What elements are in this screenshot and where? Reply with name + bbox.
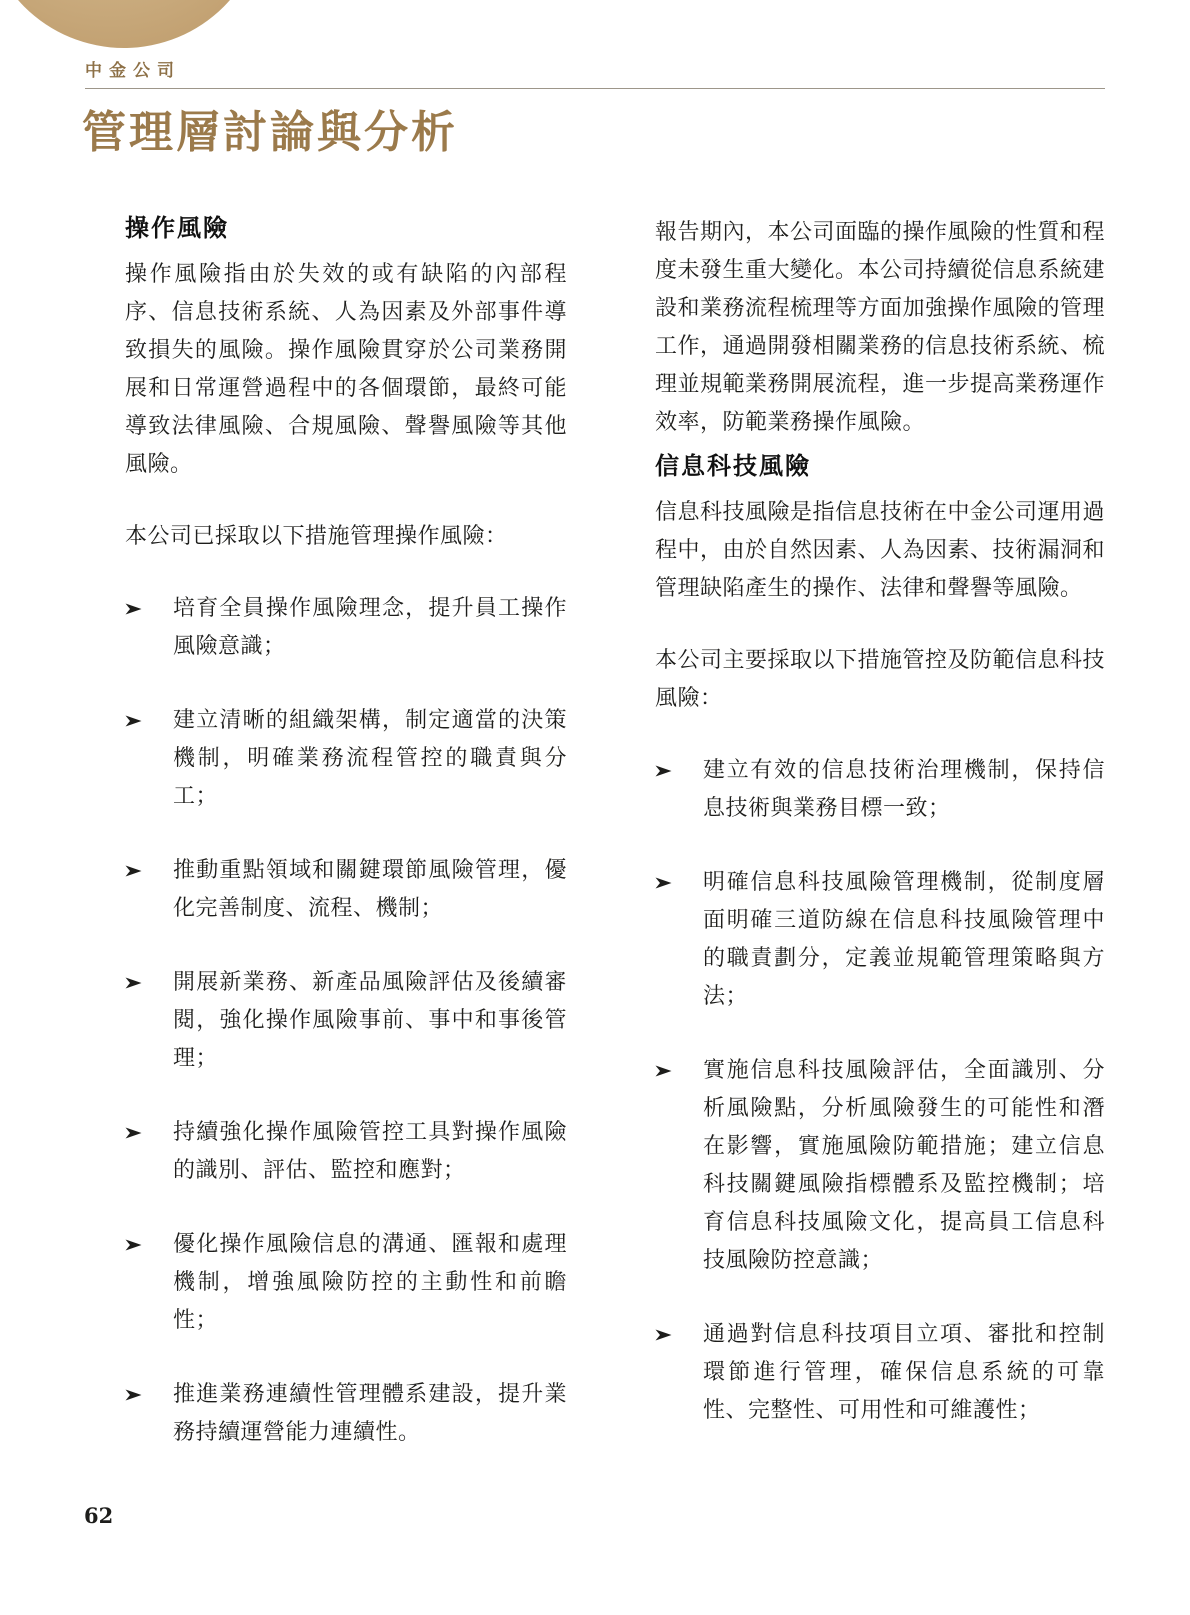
list-item: 實施信息科技風險評估，全面識別、分析風險點，分析風險發生的可能性和潛在影響，實施… bbox=[655, 1052, 1105, 1280]
two-column-body: 操作風險 操作風險指由於失效的或有缺陷的內部程序、信息技術系統、人為因素及外部事… bbox=[125, 214, 1105, 1452]
brand-name: 中金公司 bbox=[85, 56, 181, 81]
list-item: 培育全員操作風險理念，提升員工操作風險意識； bbox=[125, 590, 567, 666]
arrow-bullet-icon bbox=[125, 590, 173, 615]
list-item-text: 開展新業務、新產品風險評估及後續審閱，強化操作風險事前、事中和事後管理； bbox=[173, 964, 567, 1078]
list-item-text: 建立清晰的組織架構，制定適當的決策機制，明確業務流程管控的職責與分工； bbox=[173, 702, 567, 816]
arrow-bullet-icon bbox=[655, 752, 703, 777]
list-item: 建立有效的信息技術治理機制，保持信息技術與業務目標一致； bbox=[655, 752, 1105, 828]
report-period-paragraph: 報告期內，本公司面臨的操作風險的性質和程度未發生重大變化。本公司持續從信息系統建… bbox=[655, 214, 1105, 442]
arrow-bullet-icon bbox=[125, 1226, 173, 1251]
arrow-bullet-icon bbox=[655, 864, 703, 889]
list-item-text: 培育全員操作風險理念，提升員工操作風險意識； bbox=[173, 590, 567, 666]
left-column: 操作風險 操作風險指由於失效的或有缺陷的內部程序、信息技術系統、人為因素及外部事… bbox=[125, 214, 567, 1452]
page-number: 62 bbox=[84, 1503, 113, 1528]
list-item-text: 建立有效的信息技術治理機制，保持信息技術與業務目標一致； bbox=[703, 752, 1105, 828]
it-risk-definition: 信息科技風險是指信息技術在中金公司運用過程中，由於自然因素、人為因素、技術漏洞和… bbox=[655, 494, 1105, 608]
list-item-text: 實施信息科技風險評估，全面識別、分析風險點，分析風險發生的可能性和潛在影響，實施… bbox=[703, 1052, 1105, 1280]
operational-risk-measures-list: 培育全員操作風險理念，提升員工操作風險意識； 建立清晰的組織架構，制定適當的決策… bbox=[125, 590, 567, 1452]
list-item-text: 持續強化操作風險管控工具對操作風險的識別、評估、監控和應對； bbox=[173, 1114, 567, 1190]
arrow-bullet-icon bbox=[655, 1316, 703, 1341]
arrow-bullet-icon bbox=[125, 852, 173, 877]
list-item: 持續強化操作風險管控工具對操作風險的識別、評估、監控和應對； bbox=[125, 1114, 567, 1190]
list-item-text: 優化操作風險信息的溝通、匯報和處理機制，增強風險防控的主動性和前瞻性； bbox=[173, 1226, 567, 1340]
it-risk-measures-lead: 本公司主要採取以下措施管控及防範信息科技風險： bbox=[655, 642, 1105, 718]
page-title: 管理層討論與分析 bbox=[82, 96, 458, 160]
section-heading-operational-risk: 操作風險 bbox=[125, 214, 567, 242]
arrow-bullet-icon bbox=[655, 1052, 703, 1077]
report-page: 中金公司 管理層討論與分析 操作風險 操作風險指由於失效的或有缺陷的內部程序、信… bbox=[0, 0, 1190, 1615]
list-item: 明確信息科技風險管理機制，從制度層面明確三道防線在信息科技風險管理中的職責劃分，… bbox=[655, 864, 1105, 1016]
list-item-text: 明確信息科技風險管理機制，從制度層面明確三道防線在信息科技風險管理中的職責劃分，… bbox=[703, 864, 1105, 1016]
arrow-bullet-icon bbox=[125, 702, 173, 727]
it-risk-measures-list: 建立有效的信息技術治理機制，保持信息技術與業務目標一致； 明確信息科技風險管理機… bbox=[655, 752, 1105, 1430]
header-divider bbox=[85, 88, 1105, 89]
right-column: 報告期內，本公司面臨的操作風險的性質和程度未發生重大變化。本公司持續從信息系統建… bbox=[655, 214, 1105, 1452]
list-item: 優化操作風險信息的溝通、匯報和處理機制，增強風險防控的主動性和前瞻性； bbox=[125, 1226, 567, 1340]
list-item-text: 推動重點領域和關鍵環節風險管理，優化完善制度、流程、機制； bbox=[173, 852, 567, 928]
list-item: 通過對信息科技項目立項、審批和控制環節進行管理，確保信息系統的可靠性、完整性、可… bbox=[655, 1316, 1105, 1430]
operational-risk-definition: 操作風險指由於失效的或有缺陷的內部程序、信息技術系統、人為因素及外部事件導致損失… bbox=[125, 256, 567, 484]
arrow-bullet-icon bbox=[125, 1376, 173, 1401]
brand-circle-logo bbox=[0, 0, 265, 48]
operational-risk-measures-lead: 本公司已採取以下措施管理操作風險： bbox=[125, 518, 567, 556]
list-item-text: 通過對信息科技項目立項、審批和控制環節進行管理，確保信息系統的可靠性、完整性、可… bbox=[703, 1316, 1105, 1430]
list-item: 推進業務連續性管理體系建設，提升業務持續運營能力連續性。 bbox=[125, 1376, 567, 1452]
section-heading-it-risk: 信息科技風險 bbox=[655, 452, 1105, 480]
arrow-bullet-icon bbox=[125, 964, 173, 989]
list-item: 開展新業務、新產品風險評估及後續審閱，強化操作風險事前、事中和事後管理； bbox=[125, 964, 567, 1078]
arrow-bullet-icon bbox=[125, 1114, 173, 1139]
list-item: 建立清晰的組織架構，制定適當的決策機制，明確業務流程管控的職責與分工； bbox=[125, 702, 567, 816]
list-item-text: 推進業務連續性管理體系建設，提升業務持續運營能力連續性。 bbox=[173, 1376, 567, 1452]
list-item: 推動重點領域和關鍵環節風險管理，優化完善制度、流程、機制； bbox=[125, 852, 567, 928]
